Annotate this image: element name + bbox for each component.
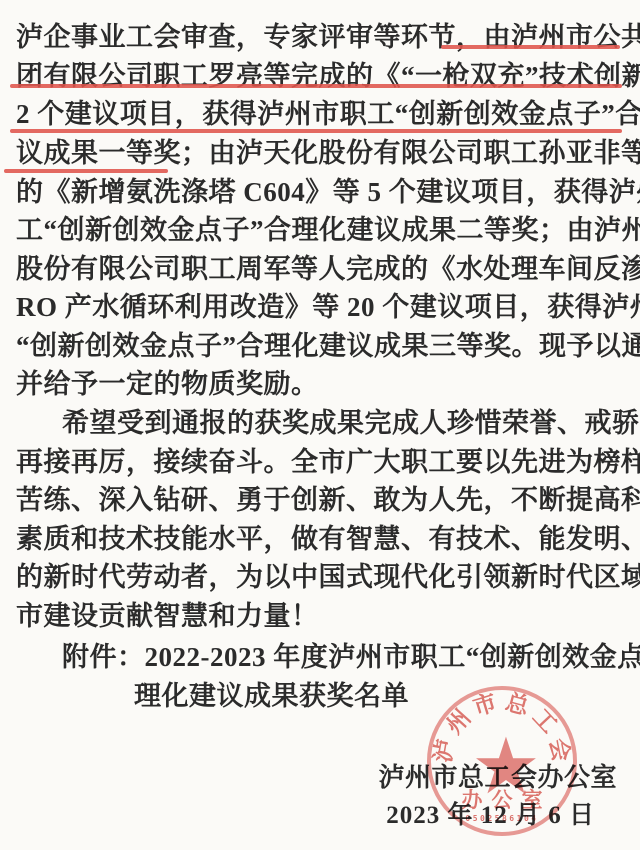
document-page: 泸企事业工会审查，专家评审等环节，由泸州市公共交通集 团有限公司职工罗亮等完成的… — [0, 0, 640, 850]
issuing-office: 泸州市总工会办公室 — [378, 757, 617, 794]
attachment-line: 附件：2022-2023 年度泸州市职工“创新创效金点子”合 — [16, 641, 622, 675]
body-line: 并给予一定的物质奖励。 — [16, 368, 622, 402]
body-line: 泸企事业工会审查，专家评审等环节，由泸州市公共交通集 — [16, 21, 622, 55]
body-line: 议成果一等奖；由泸天化股份有限公司职工孙亚非等人完成 — [16, 137, 622, 171]
body-line: 股份有限公司职工周军等人完成的《水处理车间反渗透系统 — [16, 253, 622, 287]
red-underline — [10, 84, 622, 88]
body-line: “创新创效金点子”合理化建议成果三等奖。现予以通报， — [16, 330, 622, 364]
body-line: 2 个建议项目，获得泸州市职工“创新创效金点子”合理化建 — [16, 98, 622, 132]
body-line: 市建设贡献智慧和力量！ — [16, 600, 622, 634]
red-underline — [10, 129, 622, 133]
body-line: 苦练、深入钻研、勇于创新、敢为人先，不断提高科学文化 — [16, 484, 622, 518]
body-line: RO 产水循环利用改造》等 20 个建议项目，获得泸州市职工 — [16, 291, 622, 325]
body-line: 团有限公司职工罗亮等完成的《“一枪双充”技术创新》等 — [16, 60, 622, 94]
red-underline — [4, 169, 168, 173]
body-line: 工“创新创效金点子”合理化建议成果二等奖；由泸州老窖 — [16, 214, 622, 248]
issue-date: 2023 年 12 月 6 日 — [386, 795, 595, 831]
body-line: 再接再厉，接续奋斗。全市广大职工要以先进为榜样，勤学 — [16, 446, 622, 480]
body-line: 希望受到通报的获奖成果完成人珍惜荣誉、戒骄戒躁， — [16, 407, 622, 441]
body-line: 的新时代劳动者，为以中国式现代化引领新时代区域中心城 — [16, 561, 622, 595]
body-line: 素质和技术技能水平，做有智慧、有技术、能发明、会创新 — [16, 523, 622, 557]
attachment-line: 理化建议成果获奖名单 — [16, 680, 622, 714]
body-line: 的《新增氨洗涤塔 C604》等 5 个建议项目，获得泸州市职 — [16, 176, 622, 210]
red-underline — [441, 45, 620, 49]
